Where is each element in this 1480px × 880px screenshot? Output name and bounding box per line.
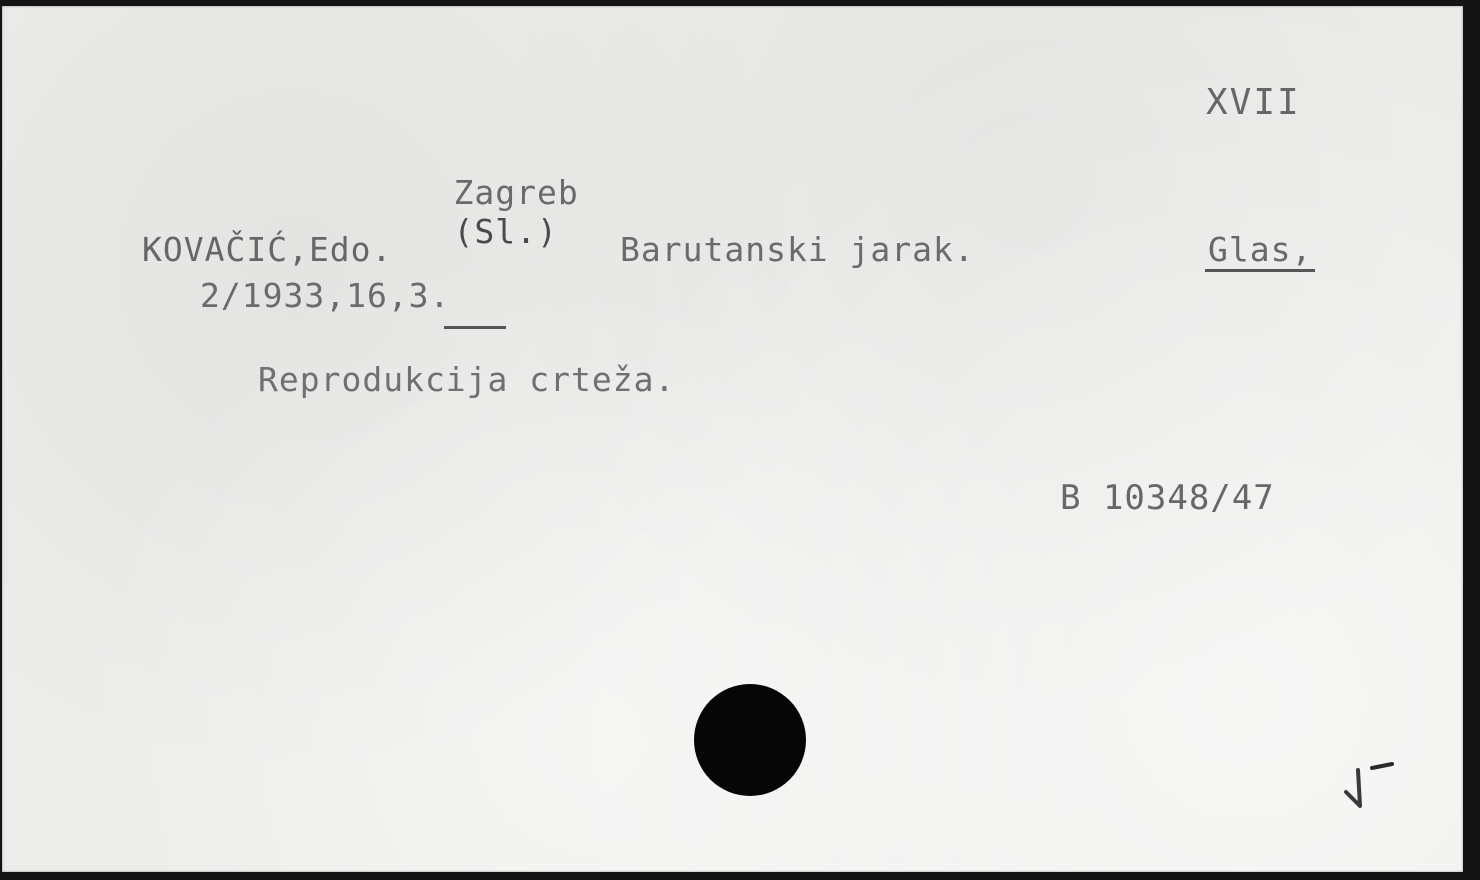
author-name: KOVAČIĆ,Edo. xyxy=(142,230,392,269)
accession-number: B 10348/47 xyxy=(1060,478,1275,518)
catalog-card: Zagreb (Sl.) XVII KOVAČIĆ,Edo. Barutansk… xyxy=(2,6,1463,872)
description-note: Reprodukcija crteža. xyxy=(258,360,675,399)
work-title: Barutanski jarak. xyxy=(620,230,975,269)
heading-qualifier: (Sl.) xyxy=(453,212,557,251)
heading-place: Zagreb xyxy=(453,173,578,212)
source-publication: Glas, xyxy=(1208,230,1312,269)
punch-hole-icon xyxy=(694,684,806,796)
citation-underline xyxy=(444,326,506,329)
section-number: XVII xyxy=(1206,82,1301,123)
citation: 2/1933,16,3. xyxy=(200,276,450,315)
check-mark-icon xyxy=(1342,746,1412,836)
source-underline xyxy=(1205,269,1315,272)
subject-heading: Zagreb (Sl.) xyxy=(370,134,579,290)
